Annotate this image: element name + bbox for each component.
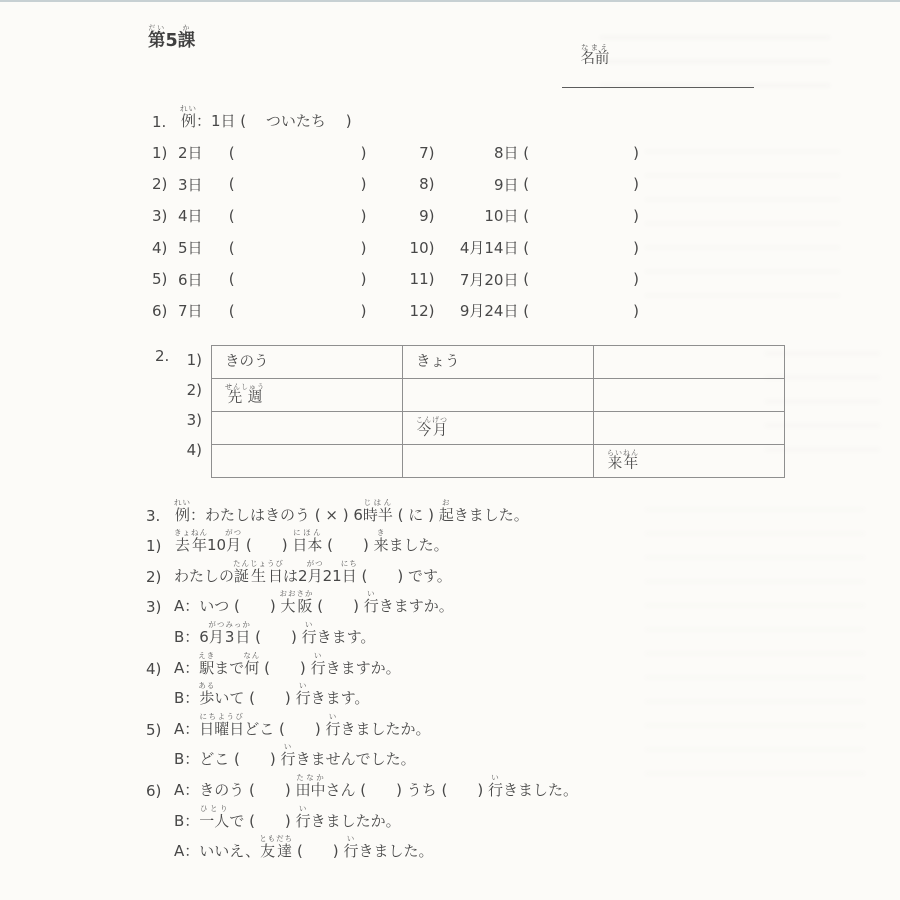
section3-line: A：いいえ、友達ともだち ( ) 行いきました。 [146, 831, 578, 862]
worksheet-page: 第だい5課か 名前なまえ 1. 例れい：1日 ( ついたち ) 1)2日 ()2… [0, 0, 900, 900]
text-run: 5 [166, 31, 178, 51]
furigana-text: 月がつ [226, 536, 241, 554]
date-text: 9日 [442, 174, 518, 195]
text-run: 21 [323, 567, 342, 585]
text-run: 10 [207, 536, 226, 554]
line-text: A：いつ ( ) 大阪おおさか ( ) 行いきますか。 [174, 589, 454, 616]
section3-line: 6)A：きのう ( ) 田中たなかさん ( ) うち ( ) 行いきました。 [146, 769, 578, 800]
furigana-text: 行い [302, 628, 317, 646]
furigana-text: 先週せんしゅう [225, 390, 265, 406]
furigana-text: 歩ある [199, 689, 214, 707]
text-run: わたしの [174, 567, 234, 585]
text-run: A： [174, 720, 199, 738]
furigana-text: 名前なまえ [580, 51, 609, 67]
item-number: 1) [152, 144, 178, 162]
close-paren: ) [633, 302, 639, 320]
section1-example-text: 例れい：1日 ( ついたち ) [180, 104, 352, 131]
furigana-text: 去年きょねん [174, 536, 207, 554]
section1-number: 1. [152, 113, 180, 131]
line-text: A：日曜日にちようびどこ ( ) 行いきましたか。 [174, 712, 431, 739]
section3-example-line: 3. 例れい：わたしはきのう ( × ) 6時半じはん ( に ) 起おきました… [146, 494, 578, 525]
table-cell: きのう [212, 346, 403, 379]
item-number: 4) [152, 239, 178, 257]
item-number: 5) [146, 721, 174, 739]
text-run: きます。 [311, 689, 370, 707]
table-cell [212, 412, 403, 445]
text-run: きました。 [503, 781, 578, 799]
text-run: ( ) [259, 659, 310, 677]
open-paren: ( [224, 175, 235, 193]
section3-line: B：6月3日がつみっか ( ) 行いきます。 [146, 616, 578, 647]
furigana-text: 起お [439, 506, 454, 524]
furigana-text: 誕生日たんじょうび [234, 567, 283, 585]
open-paren: ( [224, 207, 235, 225]
furigana-text: 一人ひとり [199, 812, 229, 830]
furigana-text: 田中たなか [296, 781, 326, 799]
furigana-text: 行い [364, 597, 379, 615]
furigana-text: 行い [296, 812, 311, 830]
section1-item: 11)7月20日 () [404, 263, 638, 295]
furigana-text: 行い [343, 842, 358, 860]
table-row: 先週せんしゅう [212, 379, 785, 412]
section1-example-line: 1. 例れい：1日 ( ついたち ) [152, 93, 639, 131]
text-run: ：1日 ( ついたち ) [196, 112, 352, 130]
table-cell [212, 445, 403, 478]
table-row-number: 1) [179, 345, 211, 375]
text-run: きますか。 [326, 659, 401, 677]
text-run: B： [174, 812, 199, 830]
section1-item: 10)4月14日 () [404, 232, 638, 264]
date-text: 4日 [178, 205, 224, 226]
furigana-text: 月3日がつみっか [209, 628, 251, 646]
section2-number: 2. [155, 339, 179, 478]
text-run: B：どこ ( ) [174, 750, 281, 768]
table-cell [594, 346, 785, 379]
furigana-text: 月がつ [308, 567, 323, 585]
table-cell: きょう [403, 346, 594, 379]
furigana-text: 大阪おおさか [281, 597, 313, 615]
date-text: 2日 [178, 142, 224, 163]
text-run: B： [174, 689, 199, 707]
furigana-text: 駅えき [199, 659, 214, 677]
table-row: 今月こんげつ [212, 412, 785, 445]
text-run: で ( ) [229, 812, 295, 830]
furigana-text: 行い [281, 750, 296, 768]
date-text: 5日 [178, 237, 224, 258]
text-run: ( ) [313, 597, 364, 615]
furigana-text: 第だい [148, 31, 166, 51]
furigana-text: 時半じはん [363, 506, 393, 524]
item-number: 1) [146, 537, 174, 555]
furigana-text: 日曜日にちようび [199, 720, 244, 738]
name-field: 名前なまえ [562, 28, 754, 88]
close-paren: ) [633, 144, 639, 162]
item-number: 3) [146, 598, 174, 616]
furigana-text: 行い [488, 781, 503, 799]
date-text: 4月14日 [442, 237, 518, 258]
section3-line: B：歩あるいて ( ) 行いきます。 [146, 678, 578, 709]
section3-example-text: 例れい：わたしはきのう ( × ) 6時半じはん ( に ) 起おきました。 [174, 498, 529, 525]
section1-item: 7)8日 () [404, 137, 638, 169]
text-run: ( ) です。 [357, 567, 452, 585]
section1-right-column: 7)8日 ()8)9日 ()9)10日 ()10)4月14日 ()11)7月20… [404, 137, 638, 327]
table-row-number: 4) [179, 435, 211, 465]
item-number: 6) [146, 782, 174, 800]
open-paren: ( [224, 302, 235, 320]
text-run: まで [214, 659, 244, 677]
text-run: きょう [416, 354, 460, 370]
open-paren: ( [224, 270, 235, 288]
text-run: きました。 [358, 842, 433, 860]
table-cell [594, 379, 785, 412]
furigana-text: 何なん [244, 659, 259, 677]
open-paren: ( [224, 144, 235, 162]
item-number: 4) [146, 660, 174, 678]
section3-line: B：一人ひとりで ( ) 行いきましたか。 [146, 800, 578, 831]
text-run: きましたか。 [311, 812, 401, 830]
text-run: きませんでした。 [296, 750, 416, 768]
section3-particle-exercises: 3. 例れい：わたしはきのう ( × ) 6時半じはん ( に ) 起おきました… [146, 494, 578, 861]
open-paren: ( [518, 239, 529, 257]
line-text: A：駅えきまで何なん ( ) 行いきますか。 [174, 651, 401, 678]
scan-top-edge [0, 0, 900, 2]
furigana-text: 今月こんげつ [416, 423, 448, 439]
text-run: ：わたしはきのう ( × ) 6 [190, 506, 363, 524]
open-paren: ( [224, 239, 235, 257]
date-text: 10日 [442, 205, 518, 226]
section3-number: 3. [146, 507, 174, 525]
table-cell: 先週せんしゅう [212, 379, 403, 412]
section3-line: 5)A：日曜日にちようびどこ ( ) 行いきましたか。 [146, 708, 578, 739]
line-text: 去年きょねん10月がつ ( ) 日本にほん ( ) 来きました。 [174, 528, 449, 555]
section3-line: 4)A：駅えきまで何なん ( ) 行いきますか。 [146, 647, 578, 678]
section1-item: 5)6日 () [152, 263, 366, 295]
furigana-text: 来年らいねん [607, 456, 639, 472]
item-number: 11) [404, 270, 434, 288]
furigana-text: 行い [296, 689, 311, 707]
text-run: ( ) [250, 628, 301, 646]
open-paren: ( [518, 144, 529, 162]
section3-line: B：どこ ( ) 行いきませんでした。 [146, 739, 578, 770]
table-cell: 来年らいねん [594, 445, 785, 478]
line-text: B：歩あるいて ( ) 行いきます。 [174, 681, 369, 708]
section2-row-labels: 1)2)3)4) [179, 345, 211, 478]
item-number: 5) [152, 270, 178, 288]
furigana-text: 日本にほん [292, 536, 322, 554]
table-row: きのうきょう [212, 346, 785, 379]
text-run: さん ( ) うち ( ) [326, 781, 488, 799]
open-paren: ( [518, 207, 529, 225]
line-text: A：いいえ、友達ともだち ( ) 行いきました。 [174, 834, 433, 861]
table-cell [403, 379, 594, 412]
lesson-title: 第だい5課か [148, 24, 195, 52]
section1-column-gap [366, 137, 404, 327]
text-run: B：6 [174, 628, 209, 646]
date-text: 6日 [178, 269, 224, 290]
section1-item: 6)7日 () [152, 295, 366, 327]
open-paren: ( [518, 302, 529, 320]
date-text: 3日 [178, 174, 224, 195]
text-run: きのう [225, 354, 269, 370]
section1-item: 8)9日 () [404, 169, 638, 201]
text-run: ました。 [389, 536, 449, 554]
text-run: ( ) [322, 536, 373, 554]
table-row-number: 2) [179, 375, 211, 405]
item-number: 2) [152, 175, 178, 193]
line-text: A：きのう ( ) 田中たなかさん ( ) うち ( ) 行いきました。 [174, 773, 578, 800]
close-paren: ) [633, 175, 639, 193]
text-run: A：きのう ( ) [174, 781, 296, 799]
text-run: きます。 [317, 628, 376, 646]
bleed-through-ghost [645, 508, 865, 788]
text-run: きました。 [454, 506, 529, 524]
text-run: A： [174, 659, 199, 677]
furigana-text: 例れい [174, 506, 190, 524]
text-run: ( に ) [393, 506, 439, 524]
date-text: 7日 [178, 300, 224, 321]
close-paren: ) [633, 207, 639, 225]
line-text: B：6月3日がつみっか ( ) 行いきます。 [174, 620, 375, 647]
section3-line: 3)A：いつ ( ) 大阪おおさか ( ) 行いきますか。 [146, 586, 578, 617]
text-run: きましたか。 [341, 720, 431, 738]
table-row: 来年らいねん [212, 445, 785, 478]
item-number: 2) [146, 568, 174, 586]
furigana-text: 日にち [342, 567, 357, 585]
section1-items-grid: 1)2日 ()2)3日 ()3)4日 ()4)5日 ()5)6日 ()6)7日 … [152, 137, 639, 327]
text-run: ( ) [292, 842, 343, 860]
furigana-text: 課か [178, 31, 196, 51]
line-text: B：一人ひとりで ( ) 行いきましたか。 [174, 804, 401, 831]
text-run: A：いつ ( ) [174, 597, 281, 615]
open-paren: ( [518, 175, 529, 193]
text-run: A：いいえ、 [174, 842, 260, 860]
item-number: 6) [152, 302, 178, 320]
item-number: 7) [404, 144, 434, 162]
item-number: 8) [404, 175, 434, 193]
section1-item: 2)3日 () [152, 169, 366, 201]
text-run: きますか。 [379, 597, 454, 615]
item-number: 10) [404, 239, 434, 257]
close-paren: ) [633, 239, 639, 257]
furigana-text: 友達ともだち [260, 842, 292, 860]
table-cell [403, 445, 594, 478]
time-words-table: きのうきょう先週せんしゅう今月こんげつ来年らいねん [211, 345, 785, 478]
furigana-text: 来き [374, 536, 389, 554]
section3-line: 2)わたしの誕生日たんじょうびは2月がつ21日にち ( ) です。 [146, 555, 578, 586]
text-run: ( ) [241, 536, 292, 554]
section3-lines: 1)去年きょねん10月がつ ( ) 日本にほん ( ) 来きました。2)わたしの… [146, 525, 578, 862]
name-label: 名前なまえ [580, 51, 609, 67]
open-paren: ( [518, 270, 529, 288]
table-cell [594, 412, 785, 445]
section3-line: 1)去年きょねん10月がつ ( ) 日本にほん ( ) 来きました。 [146, 525, 578, 556]
close-paren: ) [633, 270, 639, 288]
section1-item: 12)9月24日 () [404, 295, 638, 327]
section1-item: 1)2日 () [152, 137, 366, 169]
date-text: 9月24日 [442, 300, 518, 321]
section1-date-readings: 1. 例れい：1日 ( ついたち ) 1)2日 ()2)3日 ()3)4日 ()… [152, 93, 639, 327]
item-number: 12) [404, 302, 434, 320]
furigana-text: 行い [311, 659, 326, 677]
table-cell: 今月こんげつ [403, 412, 594, 445]
text-run: どこ ( ) [244, 720, 325, 738]
section1-left-column: 1)2日 ()2)3日 ()3)4日 ()4)5日 ()5)6日 ()6)7日 … [152, 137, 366, 327]
line-text: B：どこ ( ) 行いきませんでした。 [174, 742, 416, 769]
furigana-text: 行い [326, 720, 341, 738]
table-row-number: 3) [179, 405, 211, 435]
line-text: わたしの誕生日たんじょうびは2月がつ21日にち ( ) です。 [174, 559, 452, 586]
item-number: 3) [152, 207, 178, 225]
item-number: 9) [404, 207, 434, 225]
section1-item: 4)5日 () [152, 232, 366, 264]
section1-item: 9)10日 () [404, 200, 638, 232]
bleed-through-ghost [645, 150, 840, 310]
text-run: は2 [283, 567, 308, 585]
date-text: 7月20日 [442, 269, 518, 290]
date-text: 8日 [442, 142, 518, 163]
furigana-text: 例れい [180, 112, 196, 130]
section1-item: 3)4日 () [152, 200, 366, 232]
text-run: いて ( ) [214, 689, 295, 707]
section2-time-words-table: 2. 1)2)3)4) きのうきょう先週せんしゅう今月こんげつ来年らいねん [155, 339, 785, 478]
